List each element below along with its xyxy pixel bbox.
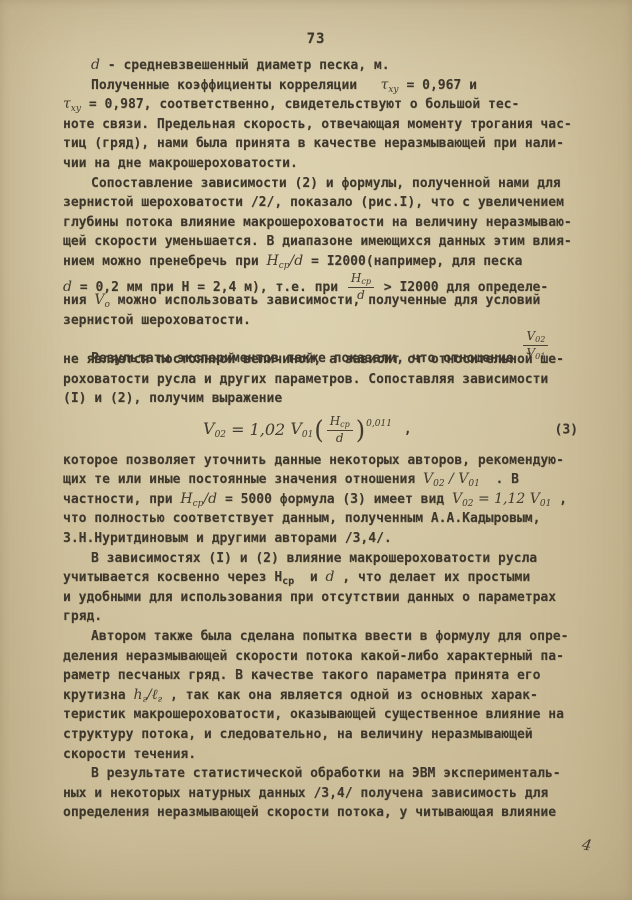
text-run: = 0,967 и	[399, 78, 477, 93]
scanned-page: 73 d - средневзвешенный диаметр песка, м…	[0, 0, 632, 900]
text-run: гряд.	[63, 609, 102, 624]
text-run: которое позволяет уточнить данные некото…	[63, 453, 564, 468]
text-line: структуру потока, и следовательно, на ве…	[63, 725, 581, 745]
text-run: что полностью соответствует данным, полу…	[63, 511, 540, 526]
math-symbol: hг	[133, 687, 147, 703]
text-line: определения неразмывающей скорости поток…	[63, 803, 581, 823]
text-run: чии на дне макрошероховатости.	[63, 156, 298, 171]
math-symbol: /d	[203, 491, 217, 507]
text-run: З.Н.Нуритдиновым и другими авторами /3,4…	[63, 531, 392, 546]
page-number: 73	[0, 31, 632, 47]
text-line: Полученные коэффициенты корреляции τху =…	[63, 76, 581, 96]
text-run: крутизна	[63, 688, 133, 703]
math-symbol: Hср	[180, 491, 203, 507]
text-run: зернистой шероховатости /2/, показало (р…	[63, 195, 564, 210]
text-run: тиц (гряд), нами была принята в качестве…	[63, 136, 564, 151]
text-line: ных и некоторых натурных данных /3,4/ по…	[63, 784, 581, 804]
text-run: глубины потока влияние макрошероховатост…	[63, 215, 572, 230]
equation-3: V02 = 1,02 V01(Hсрd)0,011,(3)	[63, 409, 581, 451]
text-run: В зависимостях (I) и (2) влияние макроше…	[91, 551, 537, 566]
text-run: = 0,987, соответственно, свидетельствуют…	[81, 97, 519, 112]
text-run: ния	[63, 293, 94, 308]
text-line: d - средневзвешенный диаметр песка, м.	[63, 56, 581, 76]
text-run: Сопоставление зависимости (2) и формулы,…	[91, 176, 561, 191]
text-run: теристик макрошероховатости, оказывающей…	[63, 707, 564, 722]
text-line: В результате статистической обработки на…	[63, 764, 581, 784]
text-run: деления неразмывающей скорости потока ка…	[63, 649, 564, 664]
text-run: Автором также была сделана попытка ввест…	[91, 629, 568, 644]
text-run: раметр песчаных гряд. В качестве такого …	[63, 668, 540, 683]
text-line: что полностью соответствует данным, полу…	[63, 509, 581, 529]
text-run: . В	[480, 472, 519, 487]
close-paren: )	[356, 415, 365, 444]
text-line: Результаты экспериментов также показали,…	[63, 330, 581, 350]
math-symbol: τху	[63, 96, 81, 112]
exponent: 0,011	[366, 419, 392, 429]
text-line: глубины потока влияние макрошероховатост…	[63, 213, 581, 233]
text-run: ,	[551, 492, 567, 507]
math-symbol: = 1,12	[474, 491, 530, 507]
text-line: и удобными для использования при отсутст…	[63, 588, 581, 608]
text-run: зернистой шероховатости.	[63, 313, 251, 328]
math-symbol: V01	[290, 419, 313, 440]
text-run: В результате статистической обработки на…	[91, 766, 561, 781]
text-run: - средневзвешенный диаметр песка, м.	[100, 58, 390, 73]
text-run: частности, при	[63, 492, 180, 507]
text-run: нием можно пренебречь при	[63, 254, 267, 269]
text-line: щих те или иные постоянные значения отно…	[63, 470, 581, 490]
math-symbol: /	[445, 471, 459, 487]
text-run: , так как она является одной из основных…	[162, 688, 538, 703]
text-line: учитывается косвенно через Нср и d , что…	[63, 568, 581, 588]
text-line: раметр песчаных гряд. В качестве такого …	[63, 666, 581, 686]
text-line: которое позволяет уточнить данные некото…	[63, 451, 581, 471]
text-run: учитывается косвенно через Н	[63, 570, 282, 585]
text-block: d - средневзвешенный диаметр песка, м.По…	[63, 56, 581, 823]
text-line: частности, при Hср/d = 5000 формула (3) …	[63, 490, 581, 510]
math-symbol: Hср	[267, 253, 290, 269]
text-line: нием можно пренебречь при Hср/d = I2000(…	[63, 252, 581, 272]
text-line: Сопоставление зависимости (2) и формулы,…	[63, 174, 581, 194]
text-run: = I2000(например, для песка	[303, 254, 522, 269]
text-line: d = 0,2 мм при Н = 2,4 м), т.е. при Hсрd…	[63, 272, 581, 292]
text-run: и удобными для использования при отсутст…	[63, 590, 556, 605]
text-run: ноте связи. Предельная скорость, отвечаю…	[63, 117, 572, 132]
text-line: щей скорости уменьшается. В диапазоне им…	[63, 232, 581, 252]
math-symbol: τху	[381, 77, 399, 93]
fraction: Hсрd	[327, 415, 353, 444]
equation-number: (3)	[555, 422, 578, 437]
text-run: щих те или иные постоянные значения отно…	[63, 472, 423, 487]
text-line: ноте связи. Предельная скорость, отвечаю…	[63, 115, 581, 135]
text-run: скорости течения.	[63, 747, 196, 762]
text-line: не является постоянной величиной, а зави…	[63, 350, 581, 370]
math-symbol: V02	[423, 471, 445, 487]
text-line: ния Vо можно использовать зависимости, п…	[63, 291, 581, 311]
text-line: тиц (гряд), нами была принята в качестве…	[63, 134, 581, 154]
text-line: В зависимостях (I) и (2) влияние макроше…	[63, 549, 581, 569]
text-line: (I) и (2), получим выражение	[63, 389, 581, 409]
open-paren: (	[314, 415, 323, 444]
text-run: (I) и (2), получим выражение	[63, 391, 282, 406]
text-run: структуру потока, и следовательно, на ве…	[63, 727, 533, 742]
text-run: щей скорости уменьшается. В диапазоне им…	[63, 234, 572, 249]
text-run: и	[294, 570, 325, 585]
text-line: крутизна hг/ℓг , так как она является од…	[63, 686, 581, 706]
text-line: гряд.	[63, 607, 581, 627]
math-symbol: ℓг	[152, 687, 162, 703]
text-line: зернистой шероховатости.	[63, 311, 581, 331]
equation-comma: ,	[404, 422, 412, 437]
text-line: скорости течения.	[63, 745, 581, 765]
text-run: ных и некоторых натурных данных /3,4/ по…	[63, 786, 548, 801]
text-line: З.Н.Нуритдиновым и другими авторами /3,4…	[63, 529, 581, 549]
text-line: деления неразмывающей скорости потока ка…	[63, 647, 581, 667]
text-run: не является постоянной величиной, а зави…	[63, 352, 564, 367]
math-symbol: /d	[290, 253, 304, 269]
handwritten-margin-mark: 4	[581, 835, 594, 854]
text-run: роховатости русла и других параметров. С…	[63, 372, 548, 387]
typed-subscript: ср	[282, 576, 294, 587]
text-run: Полученные коэффициенты корреляции	[91, 78, 381, 93]
text-line: зернистой шероховатости /2/, показало (р…	[63, 193, 581, 213]
text-line: Автором также была сделана попытка ввест…	[63, 627, 581, 647]
text-line: теристик макрошероховатости, оказывающей…	[63, 705, 581, 725]
text-line: роховатости русла и других параметров. С…	[63, 370, 581, 390]
math-symbol: V02	[203, 419, 226, 440]
math-symbol: Vо	[94, 292, 110, 308]
math-symbol: d	[91, 57, 100, 73]
math-symbol: V01	[530, 491, 552, 507]
math-symbol: V02	[452, 491, 474, 507]
text-run: можно использовать зависимости, полученн…	[110, 293, 540, 308]
text-run: = 5000 формула (3) имеет вид	[217, 492, 452, 507]
math-symbol: = 1,02	[226, 420, 290, 439]
text-line: τху = 0,987, соответственно, свидетельст…	[63, 95, 581, 115]
math-symbol: V01	[458, 471, 480, 487]
equation-body: V02 = 1,02 V01(Hсрd)0,011,	[203, 415, 412, 444]
text-run: определения неразмывающей скорости поток…	[63, 805, 556, 820]
text-run: , что делает их простыми	[334, 570, 530, 585]
text-line: чии на дне макрошероховатости.	[63, 154, 581, 174]
